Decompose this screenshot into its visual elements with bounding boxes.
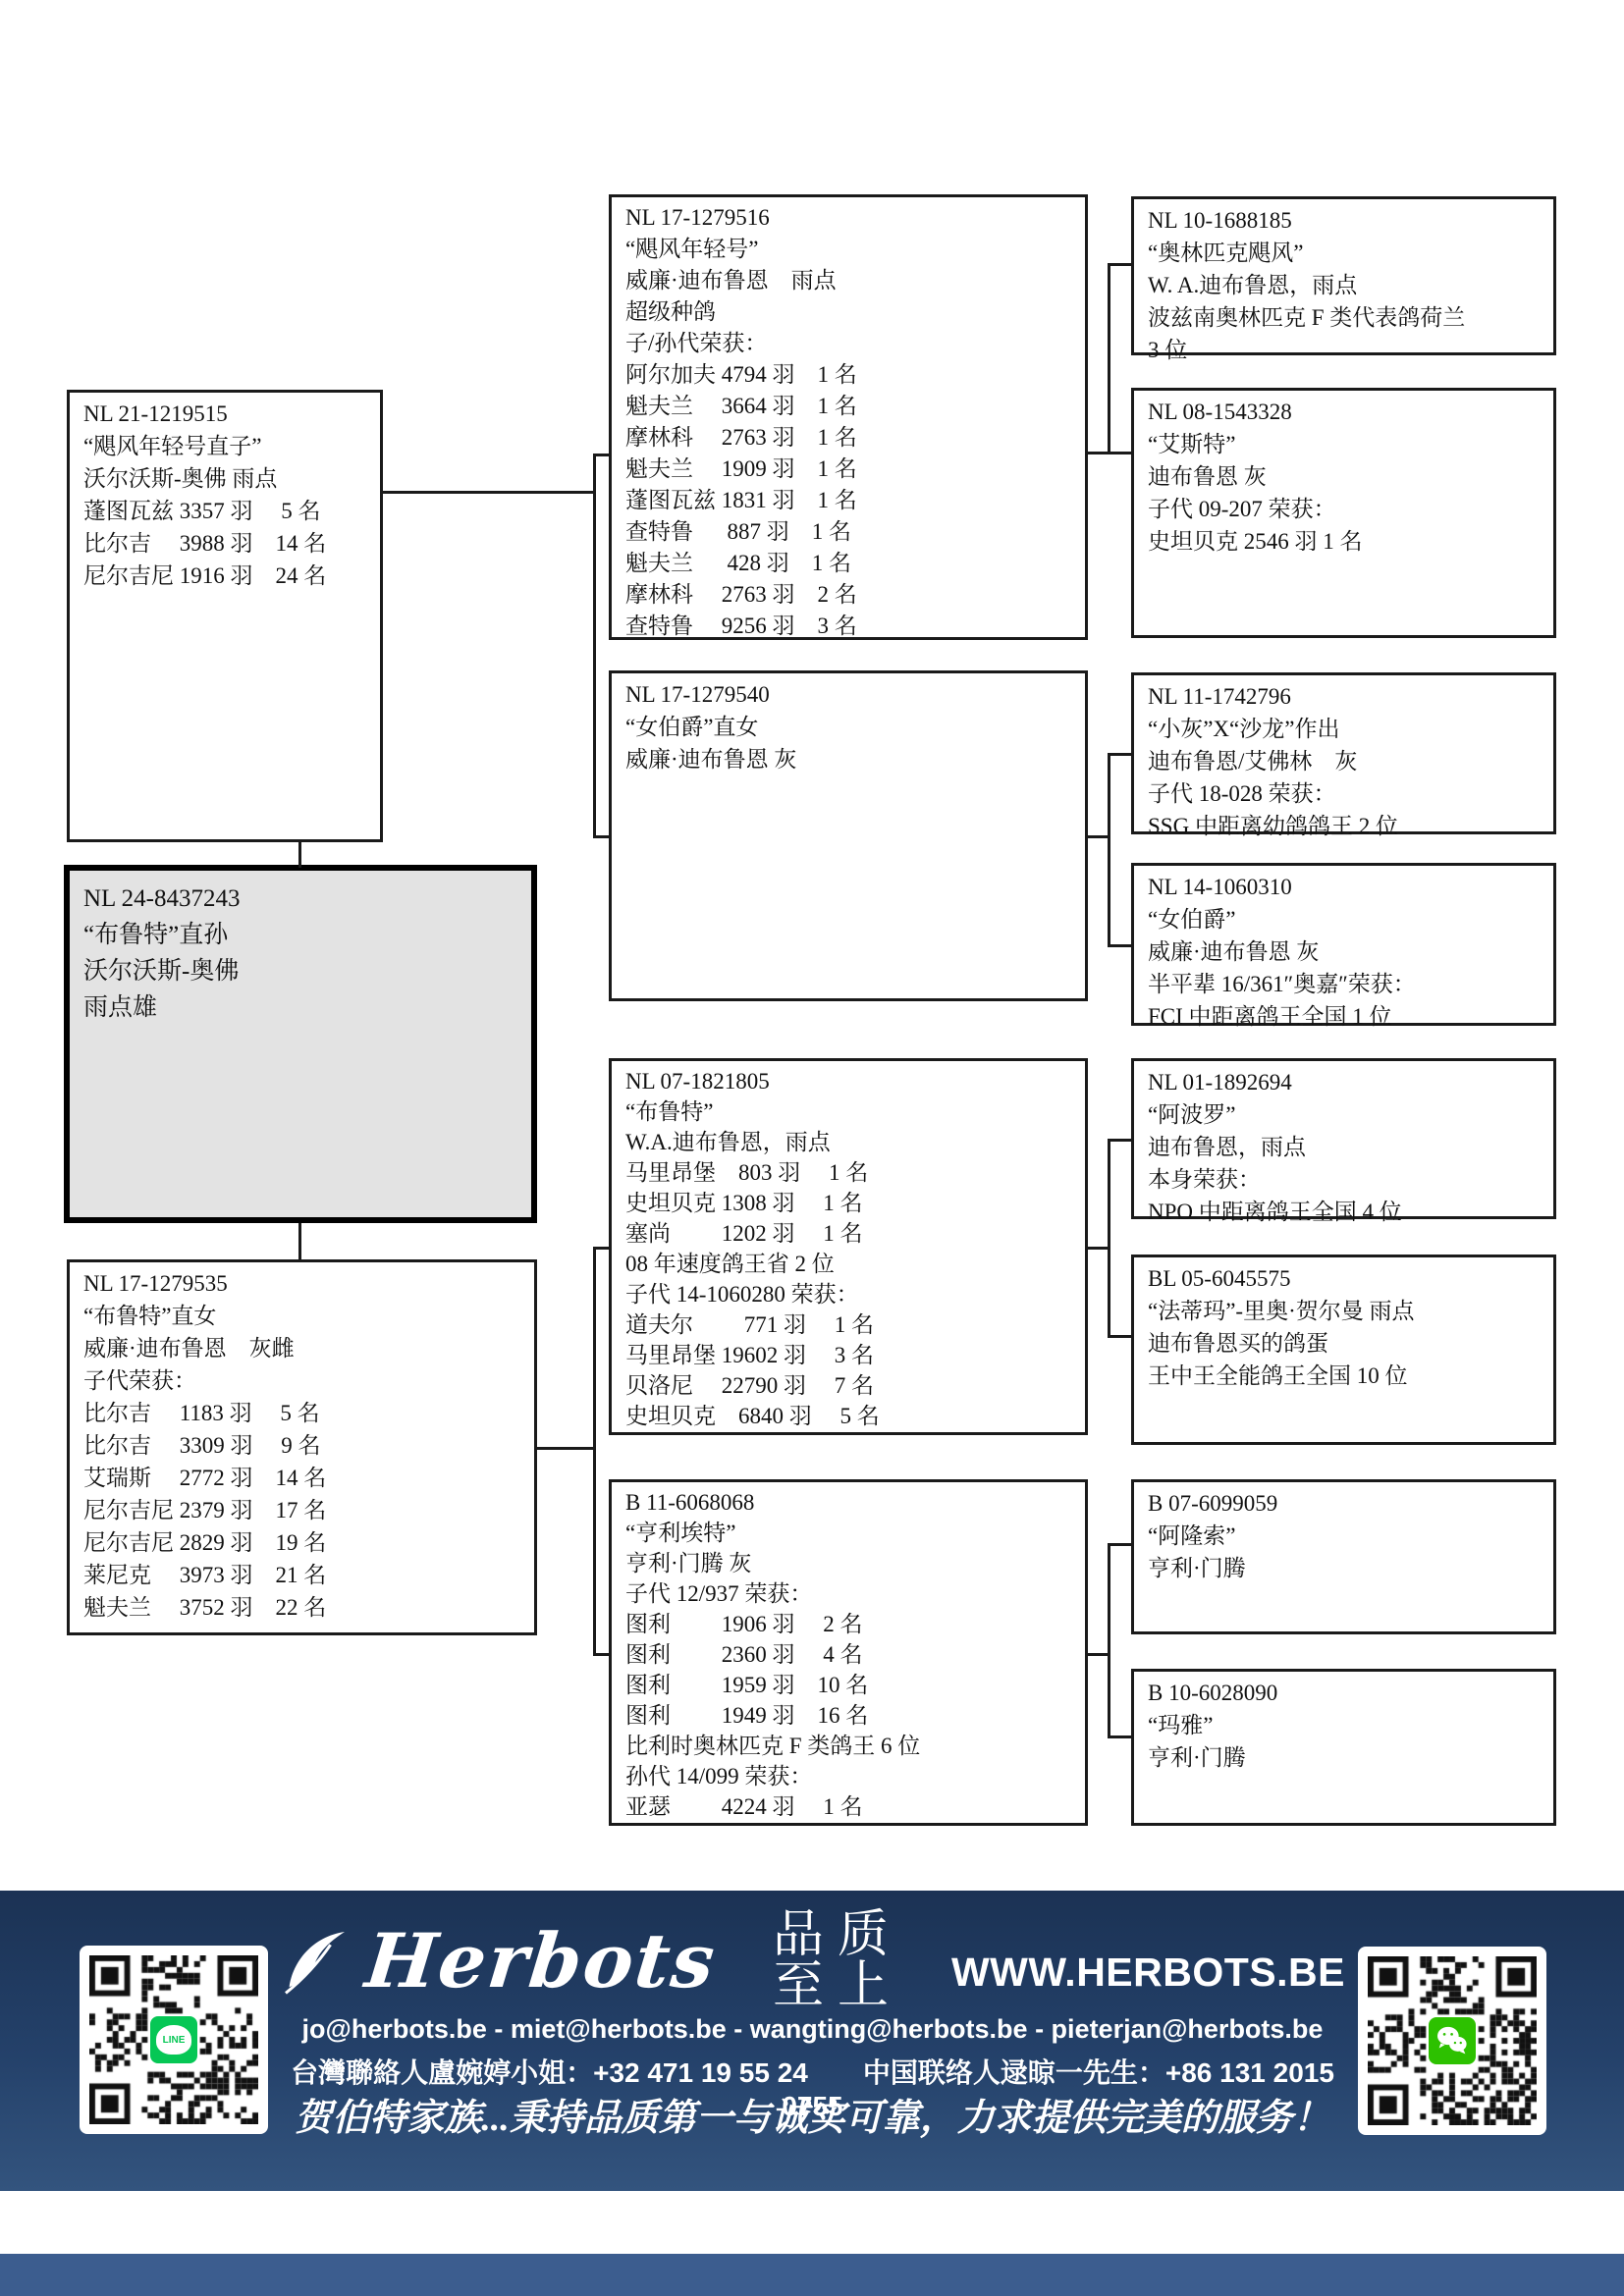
connector-line xyxy=(593,1247,611,1250)
text-line: B 10-6028090 xyxy=(1148,1677,1542,1709)
connector-line xyxy=(1108,753,1110,947)
text-line: 比尔吉 3988 羽 14 名 xyxy=(83,527,368,560)
text-line: NL 24-8437243 xyxy=(83,881,519,917)
text-line: 子代 18-028 荣获： xyxy=(1148,777,1542,810)
text-line: 摩林科 2763 羽 1 名 xyxy=(625,422,1073,454)
pedigree-box-ggparent-8: B 10-6028090“玛雅”亨利·门腾 xyxy=(1131,1669,1556,1826)
text-line: 迪布鲁恩，雨点 xyxy=(1148,1131,1542,1163)
text-line: 威廉·迪布鲁恩 灰雌 xyxy=(83,1332,522,1364)
pedigree-box-ggparent-1: NL 10-1688185“奥林匹克飓风”W. A.迪布鲁恩，雨点波兹南奥林匹克… xyxy=(1131,196,1556,355)
text-line: NL 07-1821805 xyxy=(625,1066,1073,1096)
connector-line xyxy=(298,842,301,868)
text-line: 子代荣获： xyxy=(83,1364,522,1397)
text-line: 魁夫兰 3664 羽 1 名 xyxy=(625,391,1073,422)
text-line: 3 位 xyxy=(1148,334,1542,366)
text-line: NPO 中距离鸽王全国 4 位 xyxy=(1148,1196,1542,1228)
qr-code-line: LINE xyxy=(80,1946,268,2134)
text-line: NL 01-1892694 xyxy=(1148,1066,1542,1098)
pedigree-box-ggparent-4: NL 14-1060310“女伯爵”威廉·迪布鲁恩 灰半平辈 16/361″奥嘉… xyxy=(1131,863,1556,1026)
text-line: “阿隆索” xyxy=(1148,1520,1542,1552)
text-line: “女伯爵” xyxy=(1148,903,1542,935)
text-line: 塞尚 1202 羽 1 名 xyxy=(625,1218,1073,1249)
text-line: 亚瑟 4224 羽 1 名 xyxy=(625,1791,1073,1822)
text-line: 雨点雄 xyxy=(83,989,519,1026)
feather-icon xyxy=(280,1926,351,1997)
text-line: 图利 1959 羽 10 名 xyxy=(625,1670,1073,1700)
text-line: 阿尔加夫 4794 羽 1 名 xyxy=(625,359,1073,391)
connector-line xyxy=(298,1223,301,1262)
text-line: 威廉·迪布鲁恩 灰 xyxy=(1148,935,1542,968)
text-line: 孙代 14/099 荣获： xyxy=(625,1761,1073,1791)
pedigree-box-granddam-paternal: NL 17-1279540“女伯爵”直女威廉·迪布鲁恩 灰 xyxy=(609,670,1088,1001)
text-line: 查特鲁 9256 羽 3 名 xyxy=(625,611,1073,642)
text-line: “飓风年轻号” xyxy=(625,234,1073,265)
qr-code-wechat xyxy=(1358,1947,1546,2135)
text-line: NL 10-1688185 xyxy=(1148,204,1542,237)
text-line: 波兹南奥林匹克 F 类代表鸽荷兰 xyxy=(1148,301,1542,334)
connector-line xyxy=(593,1653,611,1656)
footer-emails: jo@herbots.be - miet@herbots.be - wangti… xyxy=(280,2014,1345,2045)
text-line: 沃尔沃斯-奥佛 xyxy=(83,953,519,989)
text-line: 魁夫兰 1909 羽 1 名 xyxy=(625,454,1073,485)
text-line: “小灰”X“沙龙”作出 xyxy=(1148,713,1542,745)
text-line: “布鲁特”直孙 xyxy=(83,917,519,953)
pedigree-box-ggparent-5: NL 01-1892694“阿波罗”迪布鲁恩，雨点本身荣获：NPO 中距离鸽王全… xyxy=(1131,1058,1556,1219)
text-line: 威廉·迪布鲁恩 灰 xyxy=(625,743,1073,775)
text-line: “布鲁特”直女 xyxy=(83,1300,522,1332)
text-line: B 07-6099059 xyxy=(1148,1487,1542,1520)
text-line: 王中王全能鸽王全国 10 位 xyxy=(1148,1360,1542,1392)
text-line: “法蒂玛”-里奥·贺尔曼 雨点 xyxy=(1148,1295,1542,1327)
text-line: NL 17-1279535 xyxy=(83,1267,522,1300)
pedigree-box-granddam-maternal: B 11-6068068“亨利埃特”亨利·门腾 灰子代 12/937 荣获：图利… xyxy=(609,1479,1088,1826)
footer-slogan: 贺伯特家族...秉持品质第一与诚实可靠，力求提供完美的服务！ xyxy=(280,2087,1345,2141)
text-line: NL 08-1543328 xyxy=(1148,396,1542,428)
pedigree-box-sire: NL 21-1219515“飓风年轻号直子”沃尔沃斯-奥佛 雨点蓬图瓦兹 335… xyxy=(67,390,383,842)
text-line: 威廉·迪布鲁恩 雨点 xyxy=(625,265,1073,296)
footer-logo-row: Herbots 品质至上 WWW.HERBOTS.BE xyxy=(280,1912,1345,2010)
text-line: NL 21-1219515 xyxy=(83,398,368,430)
text-line: 本身荣获： xyxy=(1148,1163,1542,1196)
pedigree-box-ggparent-7: B 07-6099059“阿隆索”亨利·门腾 xyxy=(1131,1479,1556,1634)
text-line: 超级种鸽 xyxy=(625,296,1073,328)
connector-line xyxy=(1108,753,1133,756)
line-icon: LINE xyxy=(148,2014,199,2065)
footer-tagline: 品质至上 xyxy=(745,1910,930,2012)
connector-line xyxy=(1108,1139,1110,1338)
text-line: 08 年速度鸽王省 2 位 xyxy=(625,1249,1073,1279)
connector-line xyxy=(537,1447,595,1450)
text-line: 蓬图瓦兹 3357 羽 5 名 xyxy=(83,495,368,527)
pedigree-box-subject: NL 24-8437243“布鲁特”直孙沃尔沃斯-奥佛雨点雄 xyxy=(64,865,537,1223)
text-line: 尼尔吉尼 2829 羽 19 名 xyxy=(83,1526,522,1559)
text-line: NL 11-1742796 xyxy=(1148,680,1542,713)
text-line: “布鲁特” xyxy=(625,1096,1073,1127)
text-line: NL 17-1279516 xyxy=(625,202,1073,234)
pedigree-box-ggparent-3: NL 11-1742796“小灰”X“沙龙”作出迪布鲁恩/艾佛林 灰子代 18-… xyxy=(1131,672,1556,834)
pedigree-box-grandsire-maternal: NL 07-1821805“布鲁特”W.A.迪布鲁恩，雨点马里昂堡 803 羽 … xyxy=(609,1058,1088,1435)
text-line: 莱尼克 3973 羽 21 名 xyxy=(83,1559,522,1591)
text-line: 亨利·门腾 xyxy=(1148,1552,1542,1584)
text-line: W. A.迪布鲁恩，雨点 xyxy=(1148,269,1542,301)
connector-line xyxy=(1108,1543,1110,1738)
footer-website: WWW.HERBOTS.BE xyxy=(951,1952,1345,1993)
connector-line xyxy=(593,835,611,838)
text-line: 比利时奥林匹克 F 类鸽王 6 位 xyxy=(625,1731,1073,1761)
text-line: 图利 1949 羽 16 名 xyxy=(625,1700,1073,1731)
wechat-icon xyxy=(1427,2015,1478,2066)
text-line: FCI 中距离鸽王全国 1 位 xyxy=(1148,1000,1542,1033)
text-line: 贝洛尼 22790 羽 7 名 xyxy=(625,1370,1073,1401)
text-line: 迪布鲁恩买的鸽蛋 xyxy=(1148,1327,1542,1360)
connector-line xyxy=(1108,1543,1133,1546)
text-line: 子代 12/937 荣获： xyxy=(625,1578,1073,1609)
text-line: “阿波罗” xyxy=(1148,1098,1542,1131)
text-line: NL 17-1279540 xyxy=(625,678,1073,711)
footer-bottom-strip xyxy=(0,2254,1624,2296)
text-line: SSG 中距离幼鸽鸽王 2 位 xyxy=(1148,810,1542,842)
connector-line xyxy=(1108,1139,1133,1142)
text-line: 子/孙代荣获： xyxy=(625,328,1073,359)
text-line: 摩林科 2763 羽 2 名 xyxy=(625,579,1073,611)
text-line: “女伯爵”直女 xyxy=(625,711,1073,743)
connector-line xyxy=(1108,1335,1133,1338)
text-line: 亨利·门腾 xyxy=(1148,1741,1542,1774)
text-line: 尼尔吉尼 1916 羽 24 名 xyxy=(83,560,368,592)
connector-line xyxy=(593,454,596,838)
text-line: NL 14-1060310 xyxy=(1148,871,1542,903)
text-line: 亨利·门腾 灰 xyxy=(625,1548,1073,1578)
text-line: 迪布鲁恩/艾佛林 灰 xyxy=(1148,745,1542,777)
text-line: W.A.迪布鲁恩，雨点 xyxy=(625,1127,1073,1157)
pedigree-page: NL 21-1219515“飓风年轻号直子”沃尔沃斯-奥佛 雨点蓬图瓦兹 335… xyxy=(0,0,1624,2296)
text-line: 蓬图瓦兹 1831 羽 1 名 xyxy=(625,485,1073,516)
pedigree-box-dam: NL 17-1279535“布鲁特”直女威廉·迪布鲁恩 灰雌子代荣获：比尔吉 1… xyxy=(67,1259,537,1635)
text-line: 比尔吉 1183 羽 5 名 xyxy=(83,1397,522,1429)
text-line: 图利 1906 羽 2 名 xyxy=(625,1609,1073,1639)
text-line: “飓风年轻号直子” xyxy=(83,430,368,462)
text-line: 迪布鲁恩 灰 xyxy=(1148,460,1542,493)
connector-line xyxy=(1088,452,1133,454)
text-line: 史坦贝克 1308 羽 1 名 xyxy=(625,1188,1073,1218)
text-line: 子代 09-207 荣获： xyxy=(1148,493,1542,525)
text-line: 史坦贝克 2546 羽 1 名 xyxy=(1148,525,1542,558)
text-line: 沃尔沃斯-奥佛 雨点 xyxy=(83,462,368,495)
text-line: 史坦贝克 6840 羽 5 名 xyxy=(625,1401,1073,1431)
text-line: “艾斯特” xyxy=(1148,428,1542,460)
text-line: 道夫尔 771 羽 1 名 xyxy=(625,1309,1073,1340)
text-line: “奥林匹克飓风” xyxy=(1148,237,1542,269)
text-line: 魁夫兰 3752 羽 22 名 xyxy=(83,1591,522,1624)
text-line: 图利 2360 羽 4 名 xyxy=(625,1639,1073,1670)
connector-line xyxy=(383,491,595,494)
text-line: 子代 14-1060280 荣获： xyxy=(625,1279,1073,1309)
pedigree-box-ggparent-6: BL 05-6045575“法蒂玛”-里奥·贺尔曼 雨点迪布鲁恩买的鸽蛋王中王全… xyxy=(1131,1255,1556,1445)
text-line: BL 05-6045575 xyxy=(1148,1262,1542,1295)
text-line: “玛雅” xyxy=(1148,1709,1542,1741)
connector-line xyxy=(1108,944,1133,947)
text-line: 马里昂堡 19602 羽 3 名 xyxy=(625,1340,1073,1370)
text-line: 魁夫兰 428 羽 1 名 xyxy=(625,548,1073,579)
text-line: B 11-6068068 xyxy=(625,1487,1073,1518)
connector-line xyxy=(1108,1735,1133,1738)
text-line: 尼尔吉尼 2379 羽 17 名 xyxy=(83,1494,522,1526)
text-line: 艾瑞斯 2772 羽 14 名 xyxy=(83,1462,522,1494)
connector-line xyxy=(1108,263,1110,454)
text-line: 马里昂堡 803 羽 1 名 xyxy=(625,1157,1073,1188)
text-line: 查特鲁 887 羽 1 名 xyxy=(625,516,1073,548)
connector-line xyxy=(593,454,611,456)
footer-brand: Herbots xyxy=(362,1924,720,1999)
pedigree-box-grandsire-paternal: NL 17-1279516“飓风年轻号”威廉·迪布鲁恩 雨点超级种鸽子/孙代荣获… xyxy=(609,194,1088,640)
text-line: 半平辈 16/361″奥嘉″荣获： xyxy=(1148,968,1542,1000)
text-line: “亨利埃特” xyxy=(625,1518,1073,1548)
connector-line xyxy=(1108,263,1133,266)
connector-line xyxy=(593,1247,596,1656)
text-line: 比尔吉 3309 羽 9 名 xyxy=(83,1429,522,1462)
pedigree-box-ggparent-2: NL 08-1543328“艾斯特”迪布鲁恩 灰子代 09-207 荣获：史坦贝… xyxy=(1131,388,1556,638)
